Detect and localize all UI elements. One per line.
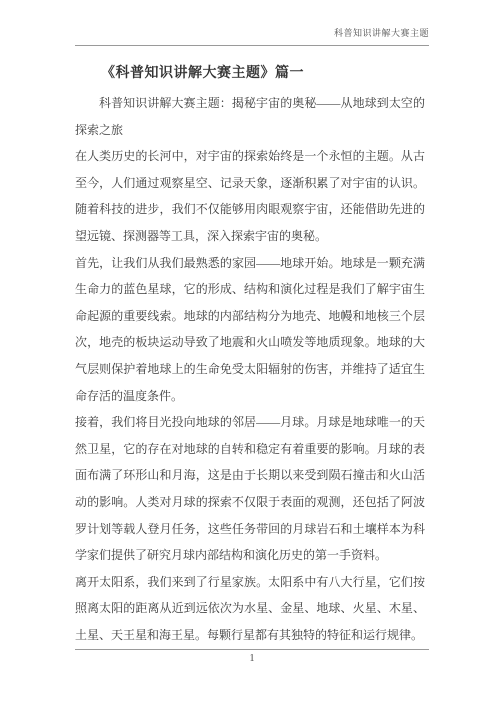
text-line: 次，地壳的板块运动导致了地震和火山喷发等地质现象。地球的大 bbox=[75, 329, 425, 356]
text-line: 接着，我们将目光投向地球的邻居——月球。月球是地球唯一的天 bbox=[75, 409, 425, 436]
footer-divider bbox=[75, 649, 429, 650]
text-line: 命存活的温度条件。 bbox=[75, 383, 425, 410]
header-divider bbox=[75, 45, 429, 46]
text-line: 离开太阳系，我们来到了行星家族。太阳系中有八大行星，它们按 bbox=[75, 569, 425, 596]
text-line: 随着科技的进步，我们不仅能够用肉眼观察宇宙，还能借助先进的 bbox=[75, 196, 425, 223]
text-line: 至今，人们通过观察星空、记录天象，逐渐积累了对宇宙的认识。 bbox=[75, 170, 425, 197]
text-line: 命起源的重要线索。地球的内部结构分为地壳、地幔和地核三个层 bbox=[75, 303, 425, 330]
text-line: 面布满了环形山和月海，这是由于长期以来受到陨石撞击和火山活 bbox=[75, 462, 425, 489]
document-title: 《科普知识讲解大赛主题》篇一 bbox=[75, 62, 429, 86]
text-line: 罗计划等载人登月任务，这些任务带回的月球岩石和土壤样本为科 bbox=[75, 516, 425, 543]
page-number: 1 bbox=[75, 652, 429, 666]
text-line: 气层则保护着地球上的生命免受太阳辐射的伤害，并维持了适宜生 bbox=[75, 356, 425, 383]
text-line: 生命力的蓝色星球，它的形成、结构和演化过程是我们了解宇宙生 bbox=[75, 276, 425, 303]
text-line: 在人类历史的长河中，对宇宙的探索始终是一个永恒的主题。从古 bbox=[75, 143, 425, 170]
text-line: 照离太阳的距离从近到远依次为水星、金星、地球、火星、木星、 bbox=[75, 595, 425, 622]
document-page: 科普知识讲解大赛主题 《科普知识讲解大赛主题》篇一 科普知识讲解大赛主题：揭秘宇… bbox=[0, 0, 500, 707]
text-line: 探索之旅 bbox=[75, 117, 425, 144]
text-line: 土星、天王星和海王星。每颗行星都有其独特的特征和运行规律。 bbox=[75, 622, 425, 649]
running-header-title: 科普知识讲解大赛主题 bbox=[75, 27, 429, 40]
text-line: 然卫星，它的存在对地球的自转和稳定有着重要的影响。月球的表 bbox=[75, 436, 425, 463]
text-line: 望远镜、探测器等工具，深入探索宇宙的奥秘。 bbox=[75, 223, 425, 250]
text-line: 科普知识讲解大赛主题：揭秘宇宙的奥秘——从地球到太空的 bbox=[75, 90, 425, 117]
text-line: 动的影响。人类对月球的探索不仅限于表面的观测，还包括了阿波 bbox=[75, 489, 425, 516]
text-line: 学家们提供了研究月球内部结构和演化历史的第一手资料。 bbox=[75, 542, 425, 569]
document-body: 科普知识讲解大赛主题：揭秘宇宙的奥秘——从地球到太空的 探索之旅 在人类历史的长… bbox=[75, 90, 425, 648]
text-line: 首先，让我们从我们最熟悉的家园——地球开始。地球是一颗充满 bbox=[75, 250, 425, 277]
